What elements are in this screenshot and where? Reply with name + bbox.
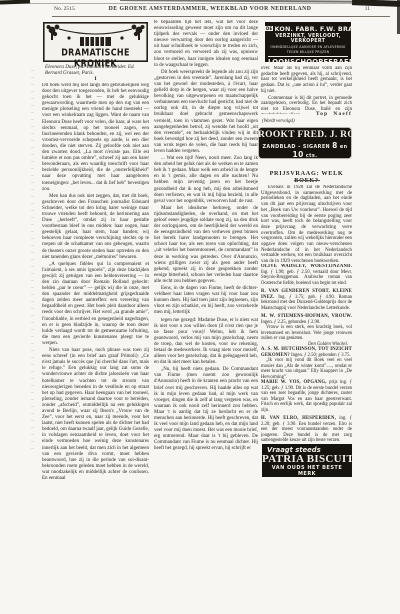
book-entry-body: Ingen. ƒ 2.50; gebonden ƒ 3.75. xyxy=(291,353,351,358)
book-list: OLIVE WADSLEY, WOESTIJNZAND. Ing. ƒ 1.90… xyxy=(261,264,352,442)
patria-ad: Vraagt steeds PATRIA BISCUITS VAN OUDS H… xyxy=(262,444,352,477)
book-entry-head: MARIE W. VOS, OPGANG, xyxy=(261,380,327,385)
prijsvraag-intro-paragraph: Evenals in 1928 zal de Nederlandsche Uit… xyxy=(261,185,352,263)
header-bottom-rule xyxy=(52,16,390,17)
author-signature: Top Naeff xyxy=(261,111,360,117)
patria-ad-line3: VAN OUDS HET BESTE MERK xyxy=(262,465,352,477)
book-entry: A. S. M. HUTCHINSON, TOT INZICHT GEKOMEN… xyxy=(261,347,352,358)
book-entry-body: Ing. ƒ 3.75; geb. ƒ 4.90. Roman bekroond… xyxy=(261,295,352,311)
braat-ad-line5: LOONSCHOOPEERAFDEELING xyxy=(268,56,348,63)
roeske-ad-line1: ROOKT FRED. J. ROESKE xyxy=(258,130,352,140)
braat-ad-de-chip: DE xyxy=(265,26,273,31)
article-paragraph: Dit boek werd mij niet langs den gebruik… xyxy=(42,83,149,193)
article-paragraph: over. Maar als hij eenmaal vorm aan zijn… xyxy=(261,66,352,95)
page-bleed-marks xyxy=(31,70,34,450)
braat-ad-name: KON. FABR. F.W. BRAAT-DELFT xyxy=(274,25,351,33)
kroniek-column-3: over. Maar als hij eenmaal vorm aan zijn… xyxy=(261,66,352,114)
chapter-numeral: I xyxy=(42,76,149,82)
article-paragraph: „A quelques fidèles qui la comprenaient … xyxy=(42,262,149,347)
kroniek-column-2: te bepaalden tijd het iets, wat het voor… xyxy=(154,20,258,484)
braat-ad-line3: ONMIDDELLIJKE AANVOER EN AFLEVERING xyxy=(265,45,351,49)
roeske-ad-line2: ZANDBLAD – SIGAREN 8 en 10 cts. xyxy=(258,141,352,159)
book-entry-head: OLIVE WADSLEY, WOESTIJNZAND. xyxy=(261,264,352,269)
book-entry-head: M. W. STIEMENS-HOFMAN, VROUW. xyxy=(261,314,352,319)
book-entry-quote: Vrouw is een sterk, een krachtig boek, v… xyxy=(261,325,352,342)
book-entry: MARIE W. VOS, OPGANG, prijs ing. ƒ 1.25;… xyxy=(261,380,352,413)
roeske-en: en xyxy=(340,144,348,150)
book-entry-body: Ing. ƒ 1.90; geb. ƒ 2.50, vertaald door … xyxy=(261,270,352,286)
article-paragraph: Niets van haar pose, noch phrase was toe… xyxy=(42,348,149,481)
page-number: 11 xyxy=(365,6,370,12)
masthead-title: DE GROENE AMSTERDAMMER, WEEKBLAD VOOR NE… xyxy=(90,6,330,12)
roeske-price-10: 10 xyxy=(293,150,304,159)
prijsvraag-intro: Evenals in 1928 zal de Nederlandsche Uit… xyxy=(261,185,352,263)
book-entry-body: Ingen. ƒ 2.25, gebonden ƒ 2.90. xyxy=(261,320,320,325)
prijsvraag-heading: PRIJSVRAAG: WELK BOEK? xyxy=(261,170,352,184)
roeske-price-8: 8 xyxy=(332,141,338,150)
braat-ad-line2: VERZINKT, VERLOODT, VERKOPERT xyxy=(265,34,351,44)
book-entry: H. VAN ELRO, HESPERIDEN, ing. ƒ 2.20; ge… xyxy=(261,416,352,442)
article-paragraph: Eens, in de dagen van Fiume, heeft de di… xyxy=(154,286,258,316)
book-entry: OLIVE WADSLEY, WOESTIJNZAND. Ing. ƒ 1.90… xyxy=(261,264,352,286)
piano-keys-motif xyxy=(80,37,111,46)
patria-ad-line2: PATRIA BISCUITS xyxy=(262,453,352,465)
braat-ad-line1: DEKON. FABR. F.W. BRAAT-DELFT xyxy=(265,25,351,33)
article-paragraph: „Nu, hij heeft niets gedaan. De Commanda… xyxy=(154,367,258,452)
braat-ad: DEKON. FABR. F.W. BRAAT-DELFT VERZINKT, … xyxy=(265,22,351,62)
issue-number: No. 2515 xyxy=(54,6,75,12)
wordt-vervolgd-note: (Wordt vervolgd) xyxy=(262,119,353,124)
header-top-rule xyxy=(30,3,392,4)
article-paragraph: Dit boek weerspreekt de legende als zou … xyxy=(154,70,258,155)
article-paragraph: Maar het idealisme herkreeg, onder de ti… xyxy=(154,206,258,285)
article-paragraph: te bepaalden tijd het iets, wat het voor… xyxy=(154,20,258,69)
prijsvraag-divider xyxy=(294,180,320,181)
article-paragraph: tegen me gezegd: Madame Duse, er is niet… xyxy=(154,318,258,367)
book-entry: R. VAN GENDEREN STORT, KLEINE INEZ. Ing.… xyxy=(261,289,352,311)
article-paragraph: Men kan dus ook niet zeggen, dat, met di… xyxy=(42,194,149,261)
braat-ad-line4: TEGEN BILLIJKE PRIJZEN xyxy=(265,50,351,54)
roeske-ad: ROOKT FRED. J. ROESKE ZANDBLAD – SIGAREN… xyxy=(258,127,352,159)
newspaper-page: No. 2515 DE GROENE AMSTERDAMMER, WEEKBLA… xyxy=(0,0,400,614)
article-paragraph: ... Wat een tijd! Neen, nooit meer. Zoo … xyxy=(154,156,258,205)
book-entry-body: prijs ing. ƒ 1.25; geb. ƒ 1.90. Dit is d… xyxy=(261,380,352,413)
book-entry-head: H. VAN ELRO, HESPERIDEN, xyxy=(261,416,336,421)
roeske-cts: cts. xyxy=(306,153,318,159)
scan-smudge xyxy=(0,0,30,5)
kroniek-column-1: Dit boek werd mij niet langs den gebruik… xyxy=(42,83,149,481)
book-entry-quote: „Ik voor mij vond dit Boek veel en veel … xyxy=(261,358,352,380)
book-entry: M. W. STIEMENS-HOFMAN, VROUW. Ingen. ƒ 2… xyxy=(261,314,352,325)
